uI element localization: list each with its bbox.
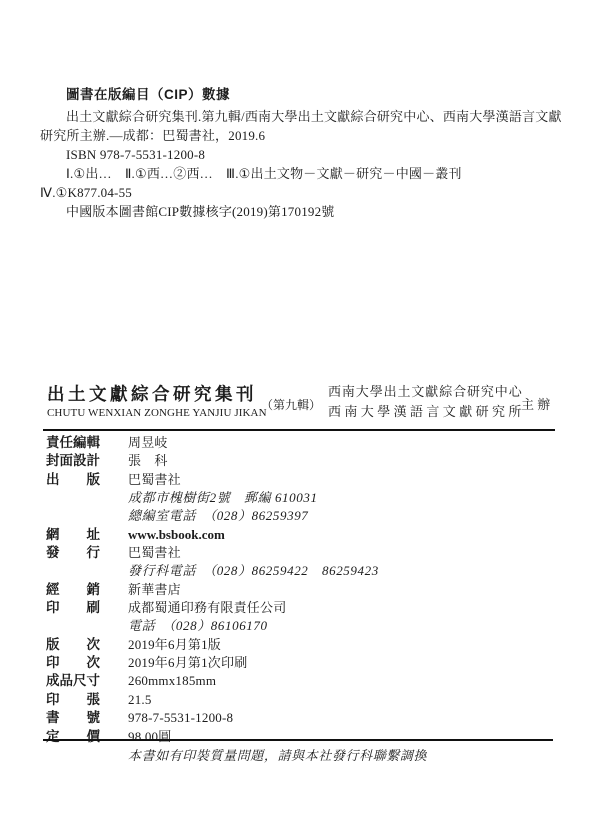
row-value: 成都蜀通印務有限責任公司 [128, 600, 286, 615]
colophon-row-website: 網 址www.bsbook.com [46, 526, 576, 544]
row-value: 成都市槐樹街2號 郵編 610031 [128, 490, 318, 505]
row-label: 成品尺寸 [46, 672, 100, 690]
row-value: 21.5 [128, 692, 152, 707]
row-label: 書 號 [46, 709, 100, 727]
row-value: 2019年6月第1版 [128, 637, 221, 652]
row-value: 發行科電話 （028）86259422 86259423 [128, 563, 379, 578]
row-label: 網 址 [46, 526, 100, 544]
colophon-table: 責任編輯周昱岐 封面設計張 科 出 版巴蜀書社 成都市槐樹街2號 郵編 6100… [46, 434, 576, 746]
row-value: 2019年6月第1次印刷 [128, 655, 247, 670]
row-label: 印 刷 [46, 599, 100, 617]
cip-line-registry: 中國版本圖書館CIP數據核字(2019)第170192號 [40, 202, 585, 221]
colophon-row-price: 定 價98.00圓 [46, 728, 576, 746]
colophon-row-printer: 印 刷成都蜀通印務有限責任公司 [46, 599, 576, 617]
row-value: 巴蜀書社 [128, 545, 181, 560]
footer-note: 本書如有印裝質量問題，請與本社發行科聯繫調換 [0, 745, 555, 764]
journal-title-pinyin: CHUTU WENXIAN ZONGHE YANJIU JIKAN [47, 407, 267, 420]
journal-title: 出土文獻綜合研究集刊 [47, 384, 267, 405]
cip-line-call-number: Ⅳ.①K877.04-55 [40, 183, 585, 202]
colophon-row-dimensions: 成品尺寸260mmx185mm [46, 672, 576, 690]
cip-block: 圖書在版編目（CIP）數據 出土文獻綜合研究集刊.第九輯/西南大學出土文獻綜合研… [40, 85, 585, 221]
colophon-row-distribution-phone: 發行科電話 （028）86259422 86259423 [46, 562, 576, 580]
row-label: 印 次 [46, 654, 100, 672]
volume-label: （第九輯） [261, 396, 321, 413]
colophon-row-publisher: 出 版巴蜀書社 [46, 471, 576, 489]
colophon-row-editorial-phone: 總編室電話 （028）86259397 [46, 507, 576, 525]
row-label: 版 次 [46, 636, 100, 654]
colophon-row-printer-phone: 電話 （028）86106170 [46, 617, 576, 635]
colophon-row-isbn: 書 號978-7-5531-1200-8 [46, 709, 576, 727]
colophon-row-print-run: 印 次2019年6月第1次印刷 [46, 654, 576, 672]
organizer-block: 西南大學出土文獻綜合研究中心 西南大學漢語言文獻研究所 [328, 382, 525, 422]
organizer-role: 主 辦 [521, 394, 550, 413]
organizer-name-1: 西南大學出土文獻綜合研究中心 [328, 382, 525, 402]
row-label: 出 版 [46, 471, 100, 489]
organizer-name-2: 西南大學漢語言文獻研究所 [328, 402, 525, 422]
row-value: 總編室電話 （028）86259397 [128, 508, 308, 523]
colophon-row-address: 成都市槐樹街2號 郵編 610031 [46, 489, 576, 507]
colophon-row-edition: 版 次2019年6月第1版 [46, 636, 576, 654]
divider-rule-bottom [43, 739, 553, 741]
row-value: 周昱岐 [128, 435, 168, 450]
colophon-row-cover-design: 封面設計張 科 [46, 452, 576, 470]
colophon-row-sheets: 印 張21.5 [46, 691, 576, 709]
cip-line-isbn: ISBN 978-7-5531-1200-8 [40, 145, 585, 164]
divider-rule-top [43, 429, 555, 431]
row-value: 260mmx185mm [128, 673, 216, 688]
row-value: 98.00圓 [128, 729, 171, 744]
row-label: 發 行 [46, 544, 100, 562]
row-label: 定 價 [46, 728, 100, 746]
row-label: 經 銷 [46, 581, 100, 599]
row-label: 印 張 [46, 691, 100, 709]
row-label: 封面設計 [46, 452, 100, 470]
colophon-row-editor: 責任編輯周昱岐 [46, 434, 576, 452]
row-value: 978-7-5531-1200-8 [128, 710, 233, 725]
cip-heading: 圖書在版編目（CIP）數據 [66, 85, 585, 105]
cip-line-classification: Ⅰ.①出… Ⅱ.①西…②西… Ⅲ.①出土文物－文獻－研究－中國－叢刊 [40, 164, 585, 183]
colophon-row-distributor: 發 行巴蜀書社 [46, 544, 576, 562]
row-value: 新華書店 [128, 582, 181, 597]
row-label: 責任編輯 [46, 434, 100, 452]
row-value: 電話 （028）86106170 [128, 618, 268, 633]
cip-line-title: 出土文獻綜合研究集刊.第九輯/西南大學出土文獻綜合研究中心、西南大學漢語言文獻 [40, 107, 585, 126]
journal-title-block: 出土文獻綜合研究集刊 CHUTU WENXIAN ZONGHE YANJIU J… [47, 384, 267, 420]
row-value: 張 科 [128, 453, 168, 468]
row-value: 巴蜀書社 [128, 472, 181, 487]
copyright-page: 圖書在版編目（CIP）數據 出土文獻綜合研究集刊.第九輯/西南大學出土文獻綜合研… [0, 0, 613, 823]
colophon-row-retailer: 經 銷新華書店 [46, 581, 576, 599]
cip-line-publisher: 研究所主辦.—成都：巴蜀書社，2019.6 [40, 126, 585, 145]
row-value: www.bsbook.com [128, 527, 225, 542]
